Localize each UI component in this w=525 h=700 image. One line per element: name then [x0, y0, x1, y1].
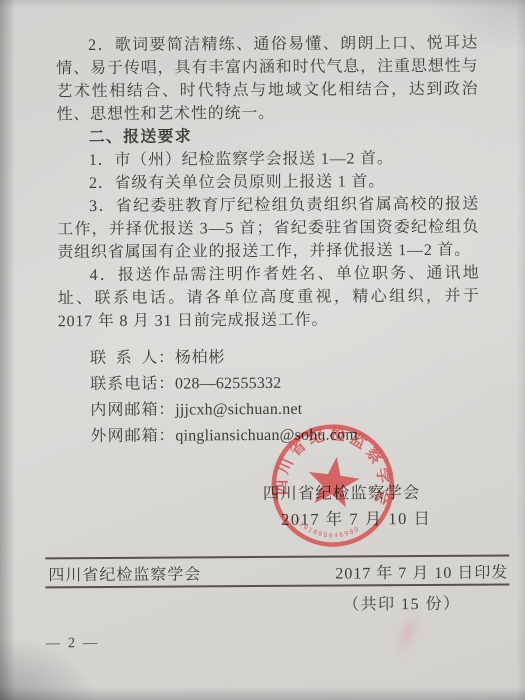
ink-smudge — [393, 610, 421, 658]
contact-external-email-label: 外网邮箱 — [90, 424, 158, 450]
colophon-print-date: 2017 年 7 月 10 日印发 — [335, 560, 508, 584]
submission-item-3: 3．省纪委驻教育厅纪检组负责组织省属高校的报送工作，并择优报送 3—5 首；省纪… — [57, 193, 479, 265]
official-seal: 四川省纪检监察学会 5101008046900 — [237, 390, 428, 581]
contact-phone-label: 联系电话 — [90, 372, 158, 398]
contact-sep: ： — [158, 428, 175, 445]
section-heading-submission-requirements: 二、报送要求 — [57, 124, 479, 150]
contact-sep: ： — [158, 402, 175, 419]
contact-person-label: 联系人 — [90, 346, 158, 372]
contact-person-row: 联系人：杨柏彬 — [58, 344, 480, 373]
contact-sep: ： — [158, 376, 175, 393]
document-page: 2．歌词要简洁精练、通俗易懂、朗朗上口、悦耳达情、易于传唱，具有丰富内涵和时代气… — [0, 0, 525, 700]
document-body: 2．歌词要简洁精练、通俗易懂、朗朗上口、悦耳达情、易于传唱，具有丰富内涵和时代气… — [0, 0, 525, 451]
scanned-paper-photo: 2．歌词要简洁精练、通俗易懂、朗朗上口、悦耳达情、易于传唱，具有丰富内涵和时代气… — [0, 0, 525, 700]
contact-sep: ： — [158, 350, 175, 367]
colophon-copies: （共印 15 份） — [343, 591, 461, 615]
submission-item-2: 2．省级有关单位会员原则上报送 1 首。 — [57, 170, 479, 196]
submission-item-1: 1．市（州）纪检监察学会报送 1—2 首。 — [57, 147, 479, 173]
colophon-issuer: 四川省纪检监察学会 — [48, 561, 201, 585]
contact-person-value: 杨柏彬 — [175, 349, 226, 366]
contact-intranet-email-label: 内网邮箱 — [90, 398, 158, 424]
page-number: — 2 — — [46, 635, 100, 652]
paragraph-lyric-requirements: 2．歌词要简洁精练、通俗易懂、朗朗上口、悦耳达情、易于传唱，具有丰富内涵和时代气… — [56, 32, 479, 127]
submission-item-4: 4．报送作品需注明作者姓名、单位职务、通讯地址、联系电话。请各单位高度重视，精心… — [57, 262, 479, 334]
colophon-row: 四川省纪检监察学会 2017 年 7 月 10 日印发 — [48, 560, 508, 586]
star-icon — [305, 453, 362, 508]
